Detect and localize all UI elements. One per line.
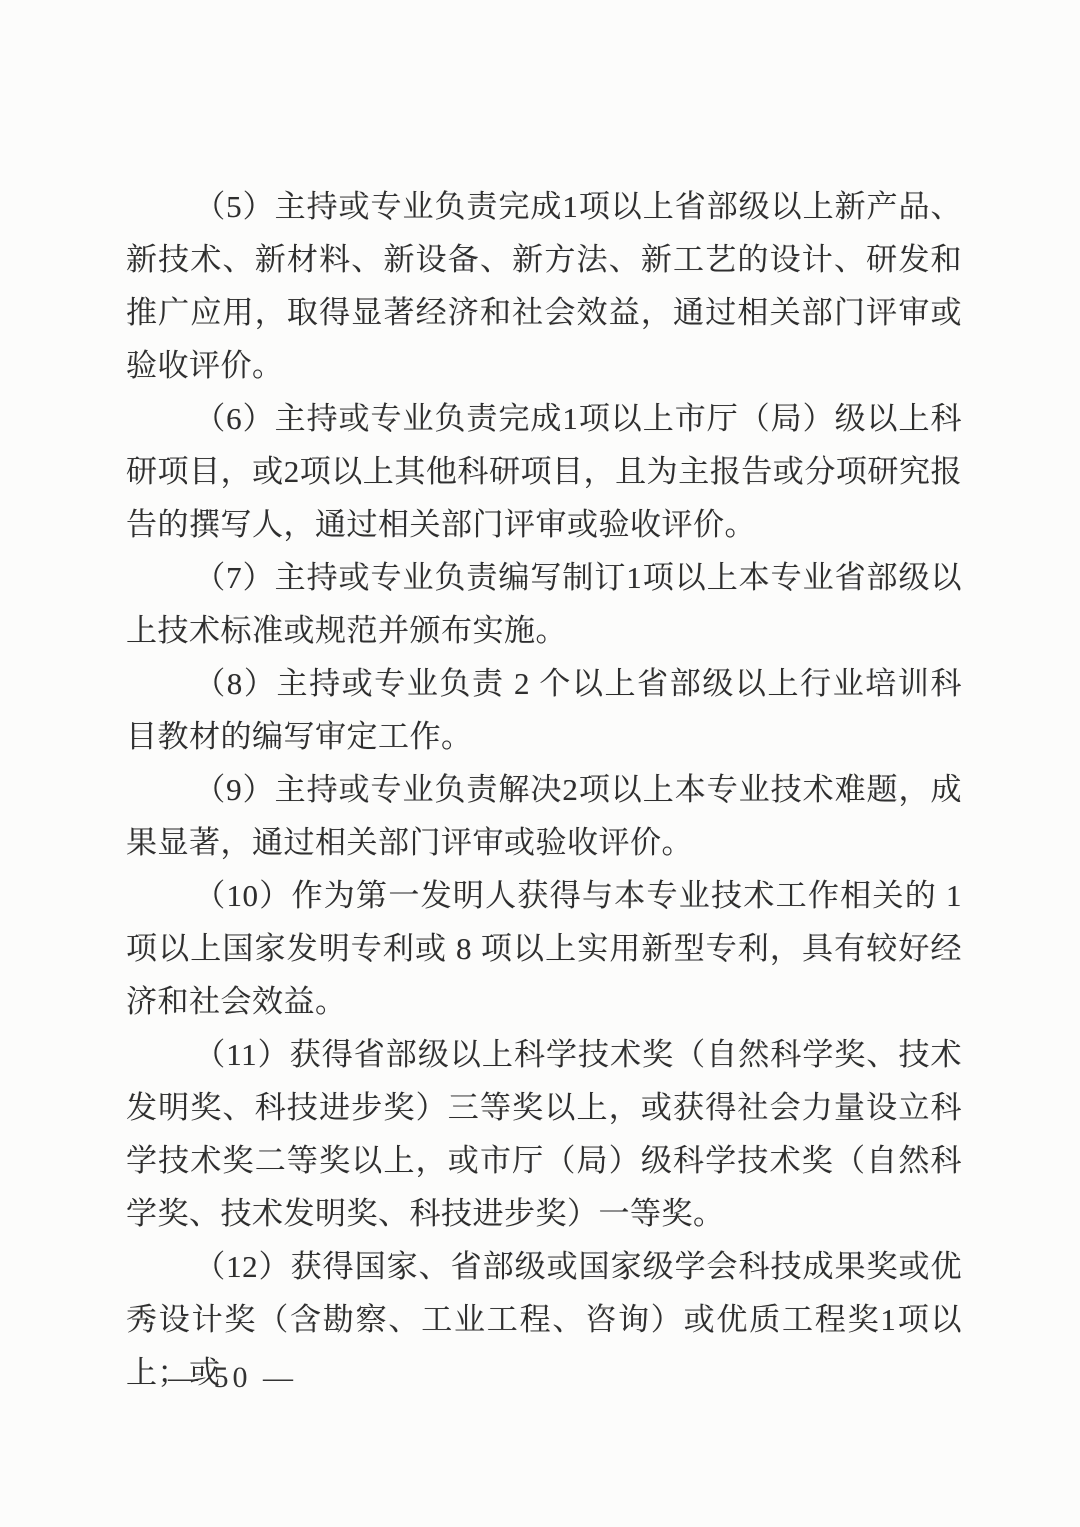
paragraph-item-11: （11）获得省部级以上科学技术奖（自然科学奖、技术发明奖、科技进步奖）三等奖以上… — [126, 1028, 962, 1240]
paragraph-item-10: （10）作为第一发明人获得与本专业技术工作相关的 1 项以上国家发明专利或 8 … — [126, 869, 962, 1028]
paragraph-item-6: （6）主持或专业负责完成1项以上市厅（局）级以上科研项目，或2项以上其他科研项目… — [126, 392, 962, 551]
body-text: （5）主持或专业负责完成1项以上省部级以上新产品、新技术、新材料、新设备、新方法… — [126, 180, 962, 1399]
paragraph-item-9: （9）主持或专业负责解决2项以上本专业技术难题，成果显著，通过相关部门评审或验收… — [126, 763, 962, 869]
paragraph-item-7: （7）主持或专业负责编写制订1项以上本专业省部级以上技术标准或规范并颁布实施。 — [126, 551, 962, 657]
document-page: （5）主持或专业负责完成1项以上省部级以上新产品、新技术、新材料、新设备、新方法… — [0, 0, 1080, 1527]
paragraph-item-5: （5）主持或专业负责完成1项以上省部级以上新产品、新技术、新材料、新设备、新方法… — [126, 180, 962, 392]
paragraph-item-8: （8）主持或专业负责 2 个以上省部级以上行业培训科目教材的编写审定工作。 — [126, 657, 962, 763]
page-number: — 50 — — [168, 1358, 297, 1398]
